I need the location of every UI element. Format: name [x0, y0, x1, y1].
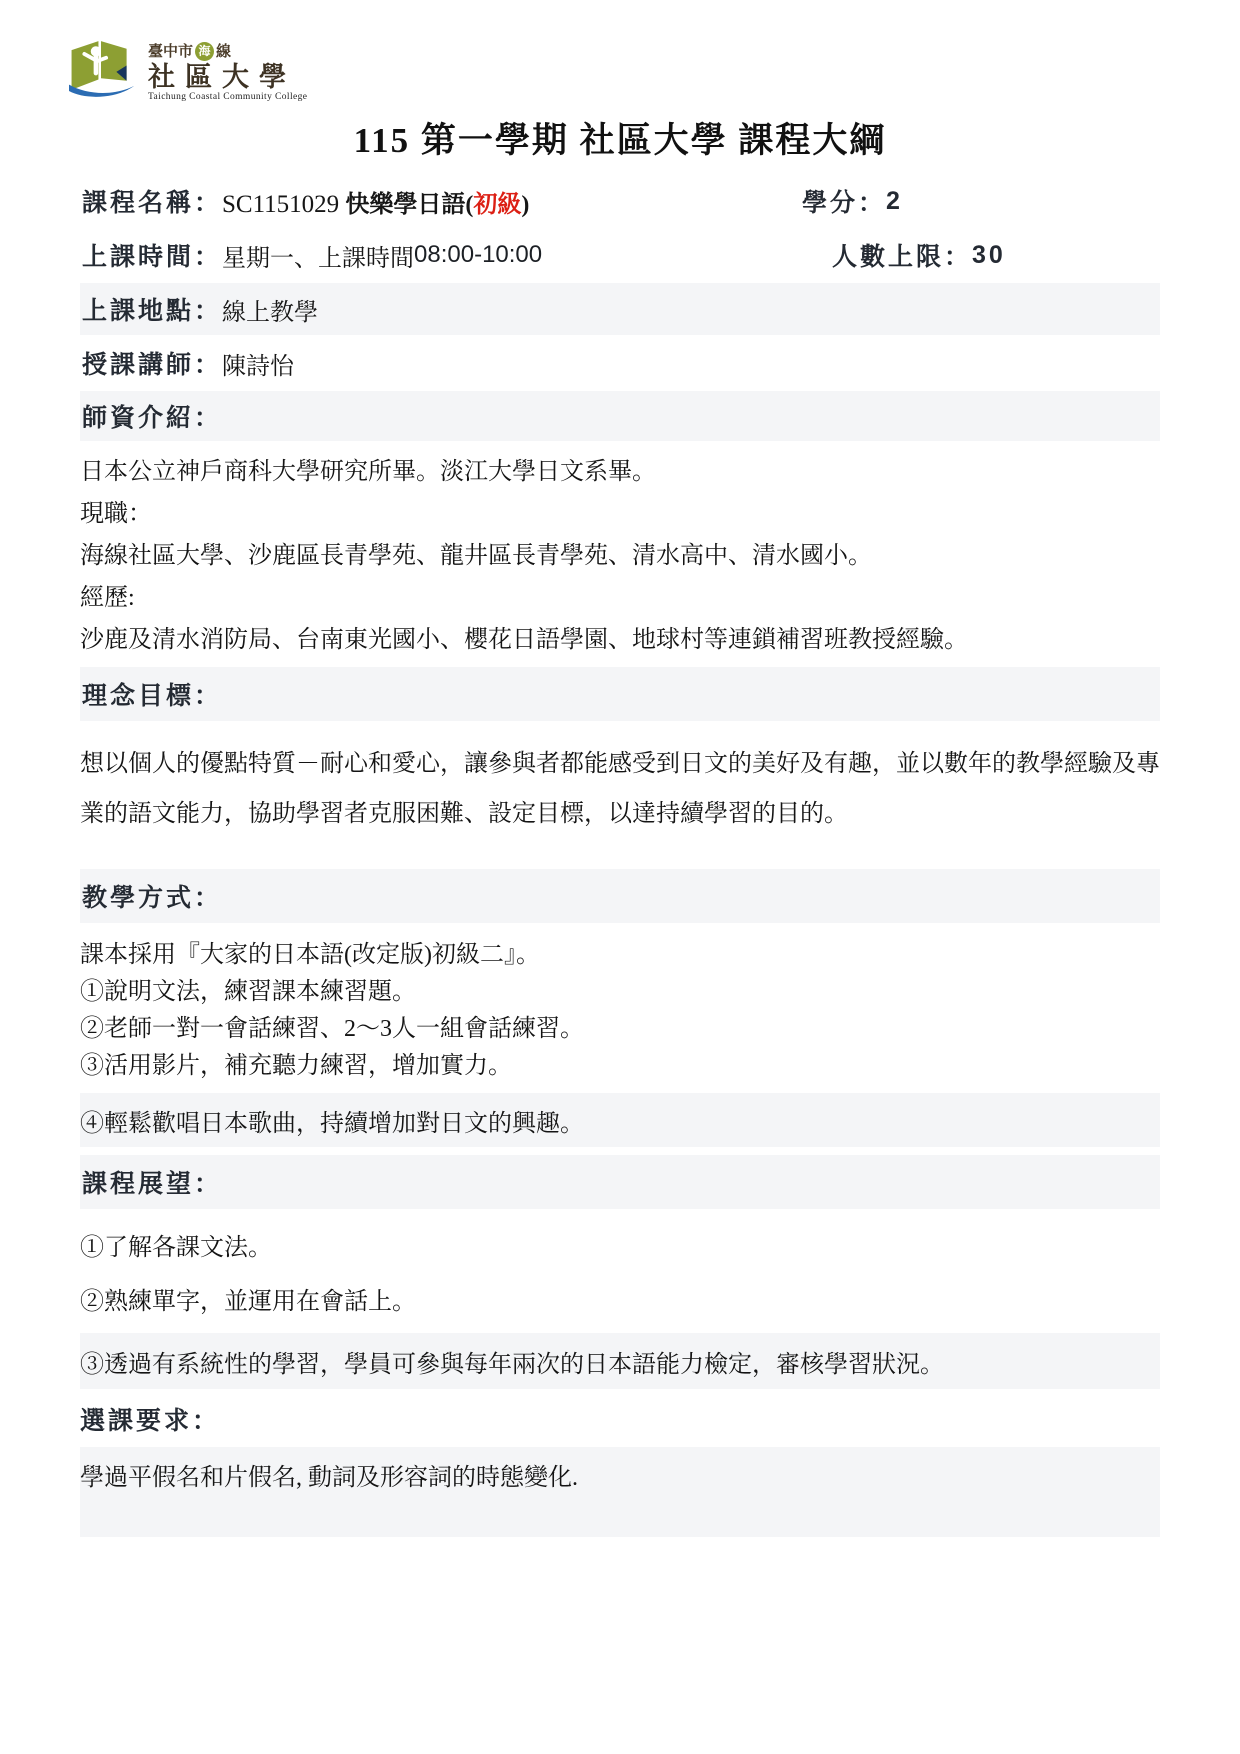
credits-label: 學分： [802, 183, 886, 219]
intro-current-jobs: 海線社區大學、沙鹿區長青學苑、龍井區長青學苑、清水高中、清水國小。 [80, 535, 1160, 577]
requirements-heading: 選課要求： [80, 1401, 220, 1437]
outlook-item2: ②熟練單字，並運用在會話上。 [80, 1287, 1160, 1317]
methods-heading-band: 教學方式： [80, 869, 1160, 923]
methods-step2: ②老師一對一會話練習、2～3人一組會話練習。 [80, 1011, 1160, 1048]
outlook-heading-band: 課程展望： [80, 1155, 1160, 1209]
methods-heading: 教學方式： [82, 878, 222, 914]
syllabus-page: 臺中市 海 線 社區大學 Taichung Coastal Community … [0, 0, 1240, 1754]
outlook-item3-band: ③透過有系統性的學習，學員可參與每年兩次的日本語能力檢定，審核學習狀況。 [80, 1333, 1160, 1389]
requirements-body: 學過平假名和片假名, 動詞及形容詞的時態變化. [80, 1457, 1160, 1492]
methods-step4: ④輕鬆歡唱日本歌曲，持續增加對日文的興趣。 [80, 1103, 584, 1138]
teacher-label: 授課講師： [82, 345, 222, 381]
teacher-intro-label: 師資介紹： [82, 398, 222, 434]
logo-line1: 臺中市 海 線 [148, 42, 307, 61]
methods-step4-band: ④輕鬆歡唱日本歌曲，持續增加對日文的興趣。 [80, 1093, 1160, 1147]
course-level-red: 初級 [473, 192, 521, 218]
credits-cell: 學分： 2 [802, 175, 903, 227]
requirements-heading-row: 選課要求： [80, 1393, 1160, 1445]
class-place-label: 上課地點： [82, 291, 222, 327]
logo-text: 臺中市 海 線 社區大學 Taichung Coastal Community … [148, 36, 307, 103]
page-title: 115 第一學期 社區大學 課程大綱 [80, 113, 1160, 163]
outlook-heading: 課程展望： [82, 1164, 222, 1200]
capacity-label: 人數上限： [832, 237, 972, 273]
row-teacher: 授課講師： 陳詩怡 [80, 335, 1160, 391]
logo-english-name: Taichung Coastal Community College [148, 93, 307, 103]
goals-body: 想以個人的優點特質－耐心和愛心，讓參與者都能感受到日文的美好及有趣，並以數年的教… [80, 739, 1160, 839]
logo-book-figure-icon [62, 36, 140, 100]
goals-heading-band: 理念目標： [80, 667, 1160, 721]
logo-seal-icon: 海 [195, 42, 214, 61]
logo-tail-text: 線 [216, 44, 231, 60]
capacity-value: 30 [972, 241, 1006, 270]
logo-school-name: 社區大學 [148, 63, 307, 91]
logo-city-text: 臺中市 [148, 44, 193, 60]
course-code: SC1151029 [222, 191, 345, 218]
requirements-band: 學過平假名和片假名, 動詞及形容詞的時態變化. [80, 1447, 1160, 1537]
course-title-close: ) [521, 192, 529, 218]
school-logo: 臺中市 海 線 社區大學 Taichung Coastal Community … [62, 36, 307, 103]
methods-step1: ①說明文法，練習課本練習題。 [80, 974, 1160, 1011]
row-teacher-intro-heading: 師資介紹： [80, 391, 1160, 441]
intro-current-label: 現職： [80, 493, 1160, 535]
class-time-value-hours: 08:00-10:00 [414, 241, 542, 269]
row-class-time: 上課時間： 星期一、上課時間 08:00-10:00 人數上限： 30 [80, 227, 1160, 283]
course-name-label: 課程名稱： [82, 183, 222, 219]
course-title-text: 快樂學日語( [345, 192, 473, 218]
class-place-value: 線上教學 [222, 292, 318, 327]
methods-textbook: 課本採用『大家的日本語(改定版)初級二』。 [80, 937, 1160, 974]
row-course-name: 課程名稱： SC1151029 快樂學日語(初級) 學分： 2 [80, 175, 1160, 227]
intro-experience-detail: 沙鹿及清水消防局、台南東光國小、櫻花日語學園、地球村等連鎖補習班教授經驗。 [80, 619, 1160, 661]
methods-step3: ③活用影片，補充聽力練習，增加實力。 [80, 1048, 1160, 1085]
row-class-place: 上課地點： 線上教學 [80, 283, 1160, 335]
goals-heading: 理念目標： [82, 676, 222, 712]
teacher-value: 陳詩怡 [222, 346, 294, 381]
intro-experience-label: 經歷: [80, 577, 1160, 619]
intro-education: 日本公立神戶商科大學研究所畢。淡江大學日文系畢。 [80, 451, 1160, 493]
course-name-value: SC1151029 快樂學日語(初級) [222, 184, 529, 219]
outlook-item1: ①了解各課文法。 [80, 1233, 1160, 1263]
class-time-label: 上課時間： [82, 237, 222, 273]
class-time-value-zh: 星期一、上課時間 [222, 238, 414, 273]
methods-section: 課本採用『大家的日本語(改定版)初級二』。 ①說明文法，練習課本練習題。 ②老師… [80, 937, 1160, 1085]
capacity-cell: 人數上限： 30 [832, 227, 1006, 283]
outlook-item3: ③透過有系統性的學習，學員可參與每年兩次的日本語能力檢定，審核學習狀況。 [80, 1344, 944, 1379]
credits-value: 2 [886, 187, 903, 216]
teacher-intro-section: 日本公立神戶商科大學研究所畢。淡江大學日文系畢。 現職： 海線社區大學、沙鹿區長… [80, 451, 1160, 661]
course-info-table: 課程名稱： SC1151029 快樂學日語(初級) 學分： 2 上課時間： 星期… [80, 175, 1160, 441]
